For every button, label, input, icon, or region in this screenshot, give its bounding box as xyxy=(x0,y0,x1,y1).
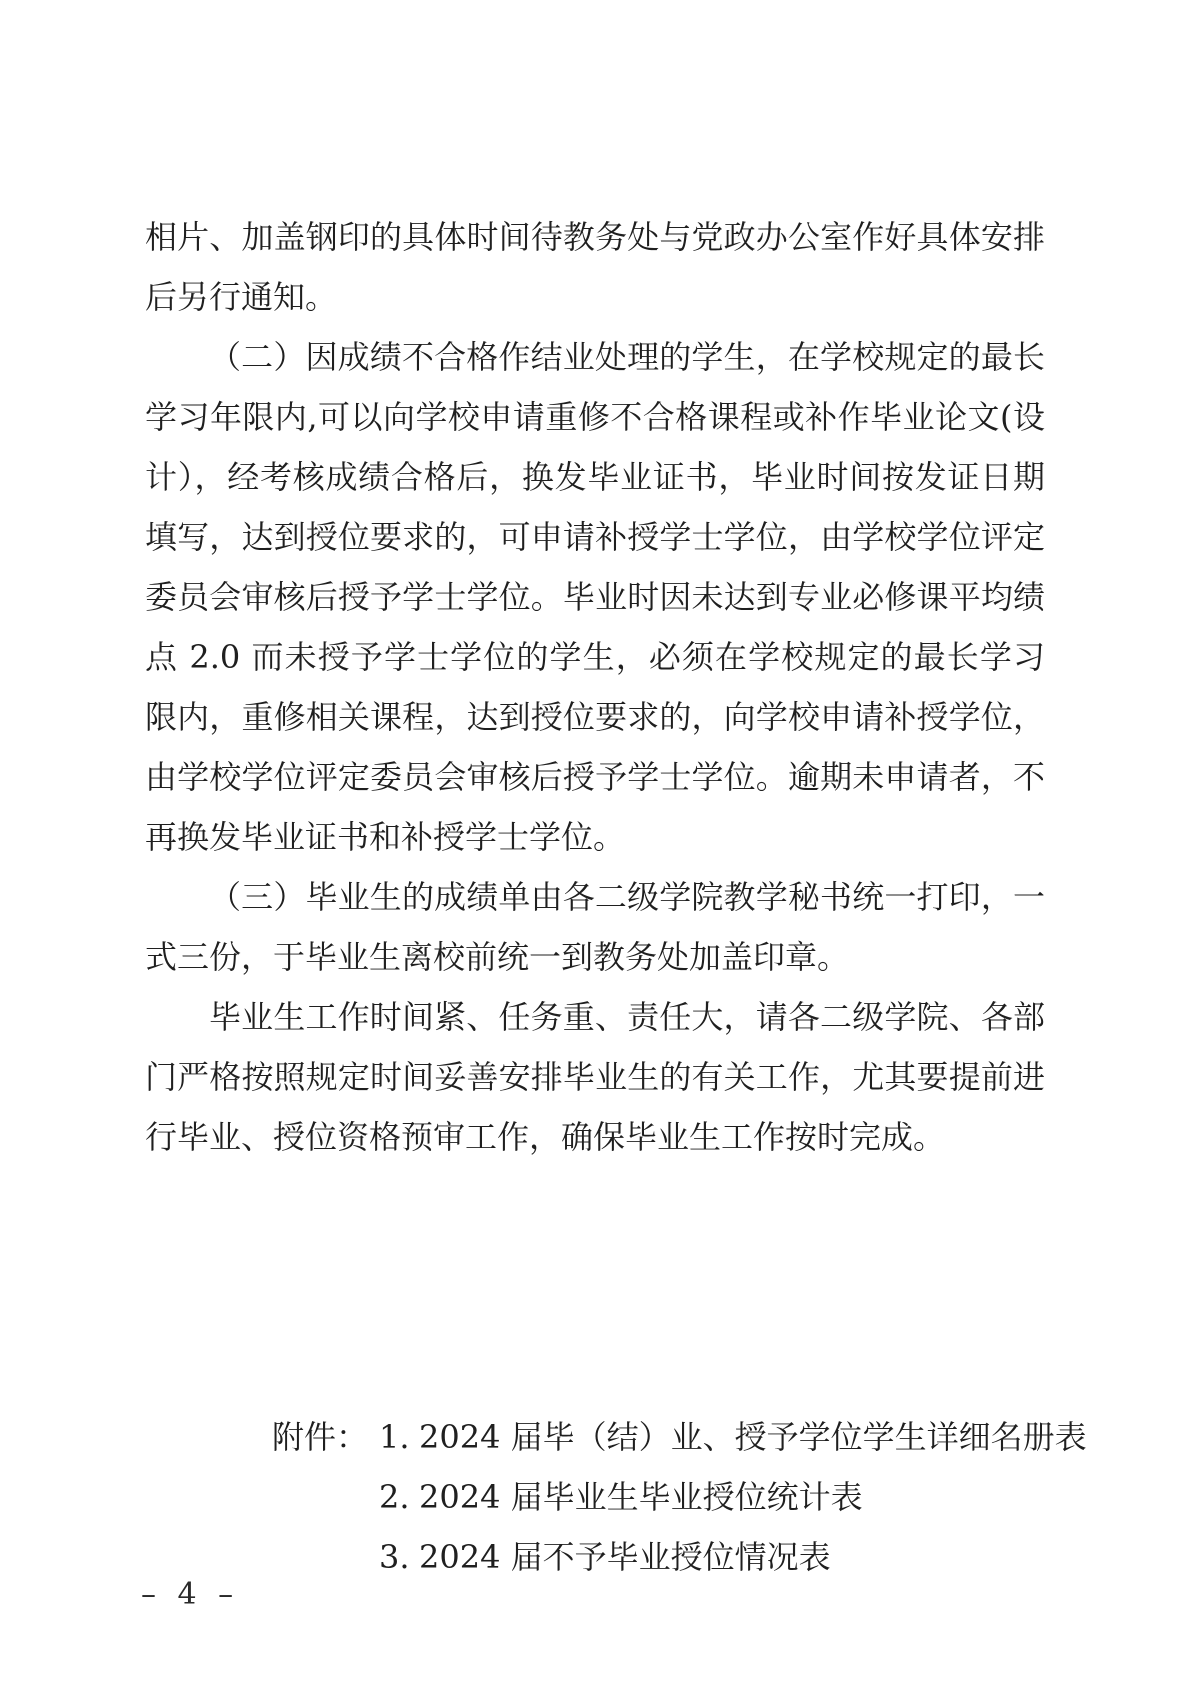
attachment-number: 3. xyxy=(379,1527,419,1587)
body-line: 学习年限内,可以向学校申请重修不合格课程或补作毕业论文(设 xyxy=(145,387,1045,447)
attachment-title: 2024 届毕业生毕业授位统计表 xyxy=(419,1478,863,1516)
body-line: 点 2.0 而未授予学士学位的学生，必须在学校规定的最长学习年 xyxy=(145,627,1045,687)
body-line: 后另行通知。 xyxy=(145,267,1045,327)
body-line: 限内，重修相关课程，达到授位要求的，向学校申请补授学位， xyxy=(145,687,1045,747)
attachment-number: 2. xyxy=(379,1467,419,1527)
document-page: 相片、加盖钢印的具体时间待教务处与党政办公室作好具体安排 后另行通知。 （二）因… xyxy=(0,0,1191,1684)
body-line: 门严格按照规定时间妥善安排毕业生的有关工作，尤其要提前进 xyxy=(145,1047,1045,1107)
body-line: 式三份，于毕业生离校前统一到教务处加盖印章。 xyxy=(145,927,1045,987)
body-line: 行毕业、授位资格预审工作，确保毕业生工作按时完成。 xyxy=(145,1107,1045,1167)
attachment-label: 附件： xyxy=(272,1407,379,1467)
attachment-title: 2024 届毕（结）业、授予学位学生详细名册表 xyxy=(419,1418,1087,1456)
body-line: 相片、加盖钢印的具体时间待教务处与党政办公室作好具体安排 xyxy=(145,207,1045,267)
body-line: 计），经考核成绩合格后，换发毕业证书，毕业时间按发证日期 xyxy=(145,447,1045,507)
attachment-item: 附件：1.2024 届毕（结）业、授予学位学生详细名册表 xyxy=(145,1347,1045,1407)
body-line: （三）毕业生的成绩单由各二级学院教学秘书统一打印，一 xyxy=(145,867,1045,927)
body-line: 再换发毕业证书和补授学士学位。 xyxy=(145,807,1045,867)
body-line: 委员会审核后授予学士学位。毕业时因未达到专业必修课平均绩 xyxy=(145,567,1045,627)
body-line: 毕业生工作时间紧、任务重、责任大，请各二级学院、各部 xyxy=(145,987,1045,1047)
attachment-list: 附件：1.2024 届毕（结）业、授予学位学生详细名册表 2.2024 届毕业生… xyxy=(145,1347,1045,1527)
attachment-number: 1. xyxy=(379,1407,419,1467)
page-number: – 4 – xyxy=(141,1578,239,1612)
document-body: 相片、加盖钢印的具体时间待教务处与党政办公室作好具体安排 后另行通知。 （二）因… xyxy=(145,207,1045,1167)
attachment-title: 2024 届不予毕业授位情况表 xyxy=(419,1538,831,1576)
body-line: 由学校学位评定委员会审核后授予学士学位。逾期未申请者，不 xyxy=(145,747,1045,807)
body-line: 填写，达到授位要求的，可申请补授学士学位，由学校学位评定 xyxy=(145,507,1045,567)
body-line: （二）因成绩不合格作结业处理的学生，在学校规定的最长 xyxy=(145,327,1045,387)
